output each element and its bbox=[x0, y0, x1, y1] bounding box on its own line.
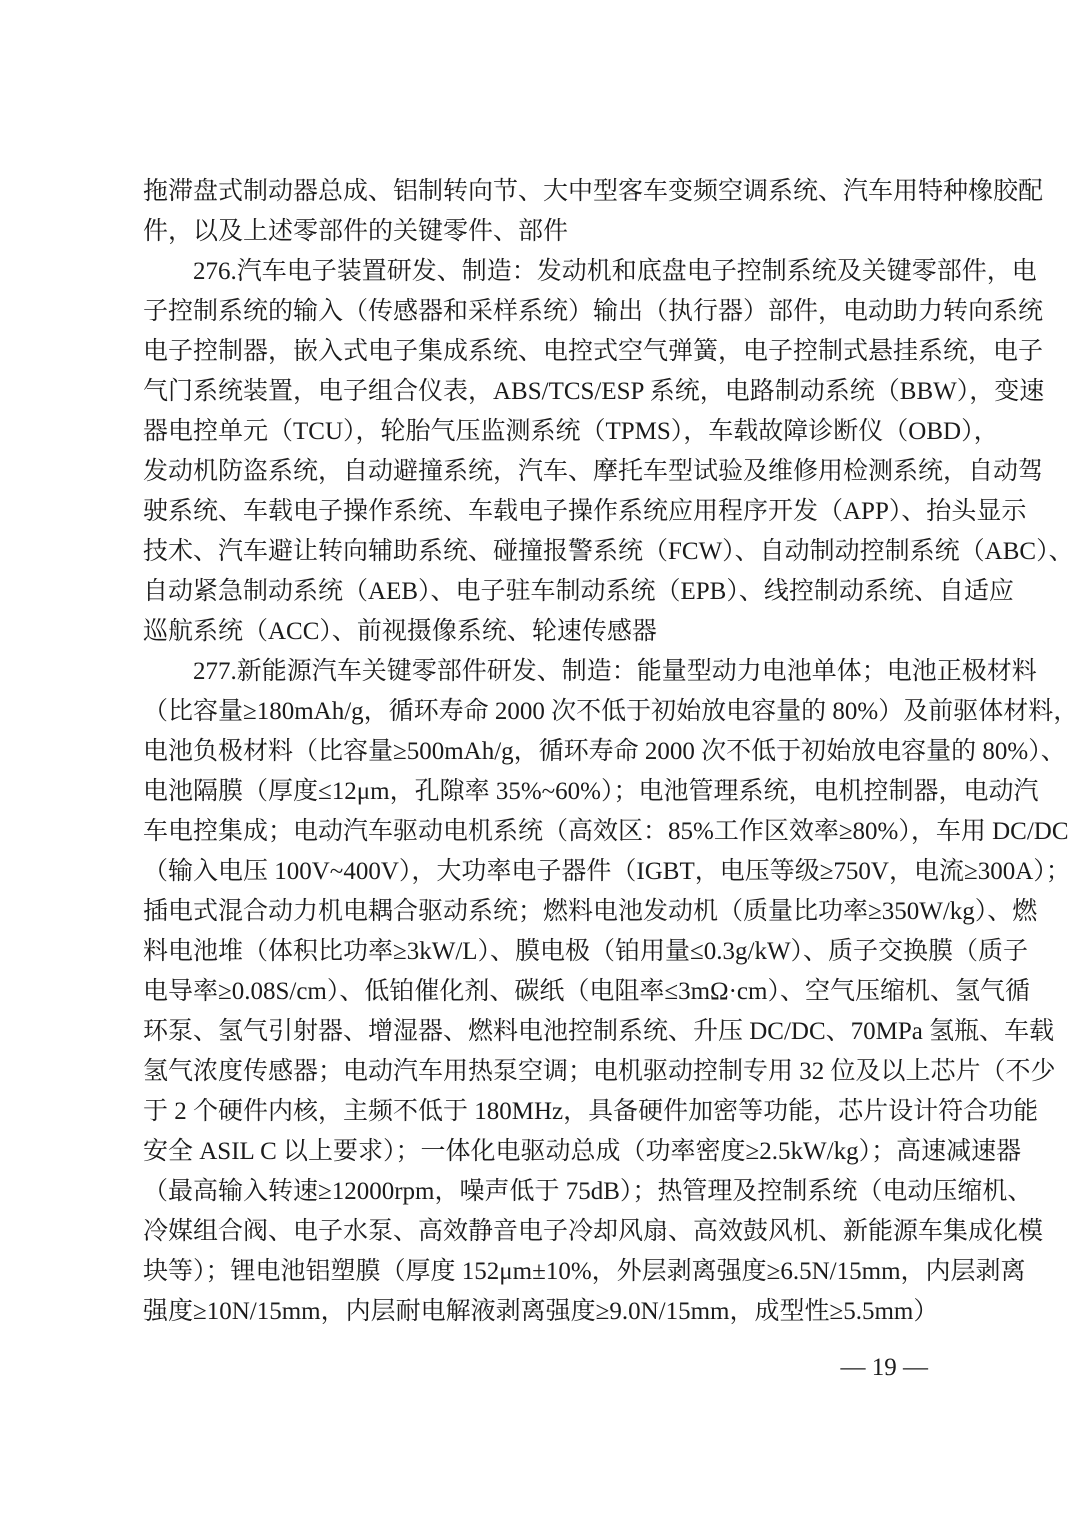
text-line: 氢气浓度传感器；电动汽车用热泵空调；电机驱动控制专用 32 位及以上芯片（不少 bbox=[143, 1052, 931, 1092]
text-line: 于 2 个硬件内核，主频不低于 180MHz，具备硬件加密等功能，芯片设计符合功… bbox=[143, 1092, 931, 1132]
text-line: 器电控单元（TCU），轮胎气压监测系统（TPMS），车载故障诊断仪（OBD）， bbox=[143, 412, 931, 452]
text-line: 气门系统装置，电子组合仪表，ABS/TCS/ESP 系统，电路制动系统（BBW）… bbox=[143, 372, 931, 412]
text-line: 件，以及上述零部件的关键零件、部件 bbox=[143, 212, 931, 252]
page-number: — 19 — bbox=[841, 1348, 929, 1388]
document-page: 拖滞盘式制动器总成、铝制转向节、大中型客车变频空调系统、汽车用特种橡胶配件，以及… bbox=[0, 0, 1074, 1520]
paragraph-item-275-continuation: 拖滞盘式制动器总成、铝制转向节、大中型客车变频空调系统、汽车用特种橡胶配件，以及… bbox=[143, 172, 931, 252]
text-line: 安全 ASIL C 以上要求）；一体化电驱动总成（功率密度≥2.5kW/kg）；… bbox=[143, 1132, 931, 1172]
text-line: 电导率≥0.08S/cm）、低铂催化剂、碳纸（电阻率≤3mΩ·cm）、空气压缩机… bbox=[143, 972, 931, 1012]
text-line: （输入电压 100V~400V），大功率电子器件（IGBT，电压等级≥750V，… bbox=[143, 852, 931, 892]
text-line: 车电控集成；电动汽车驱动电机系统（高效区：85%工作区效率≥80%），车用 DC… bbox=[143, 812, 931, 852]
document-body: 拖滞盘式制动器总成、铝制转向节、大中型客车变频空调系统、汽车用特种橡胶配件，以及… bbox=[143, 172, 931, 1332]
text-line: 发动机防盗系统，自动避撞系统，汽车、摩托车型试验及维修用检测系统，自动驾 bbox=[143, 452, 931, 492]
text-line: 环泵、氢气引射器、增湿器、燃料电池控制系统、升压 DC/DC、70MPa 氢瓶、… bbox=[143, 1012, 931, 1052]
text-line: 276.汽车电子装置研发、制造：发动机和底盘电子控制系统及关键零部件，电 bbox=[143, 252, 931, 292]
text-line: 电池隔膜（厚度≤12μm，孔隙率 35%~60%）；电池管理系统，电机控制器，电… bbox=[143, 772, 931, 812]
text-line: 巡航系统（ACC）、前视摄像系统、轮速传感器 bbox=[143, 612, 931, 652]
text-line: 驶系统、车载电子操作系统、车载电子操作系统应用程序开发（APP）、抬头显示 bbox=[143, 492, 931, 532]
paragraph-item-277: 277.新能源汽车关键零部件研发、制造：能量型动力电池单体；电池正极材料（比容量… bbox=[143, 652, 931, 1332]
text-line: 技术、汽车避让转向辅助系统、碰撞报警系统（FCW）、自动制动控制系统（ABC）、 bbox=[143, 532, 931, 572]
text-line: 277.新能源汽车关键零部件研发、制造：能量型动力电池单体；电池正极材料 bbox=[143, 652, 931, 692]
text-line: （最高输入转速≥12000rpm，噪声低于 75dB）；热管理及控制系统（电动压… bbox=[143, 1172, 931, 1212]
text-line: 强度≥10N/15mm，内层耐电解液剥离强度≥9.0N/15mm，成型性≥5.5… bbox=[143, 1292, 931, 1332]
text-line: 拖滞盘式制动器总成、铝制转向节、大中型客车变频空调系统、汽车用特种橡胶配 bbox=[143, 172, 931, 212]
text-line: （比容量≥180mAh/g，循环寿命 2000 次不低于初始放电容量的 80%）… bbox=[143, 692, 931, 732]
text-line: 自动紧急制动系统（AEB）、电子驻车制动系统（EPB）、线控制动系统、自适应 bbox=[143, 572, 931, 612]
text-line: 电子控制器，嵌入式电子集成系统、电控式空气弹簧，电子控制式悬挂系统，电子 bbox=[143, 332, 931, 372]
text-line: 料电池堆（体积比功率≥3kW/L）、膜电极（铂用量≤0.3g/kW）、质子交换膜… bbox=[143, 932, 931, 972]
paragraph-item-276: 276.汽车电子装置研发、制造：发动机和底盘电子控制系统及关键零部件，电子控制系… bbox=[143, 252, 931, 652]
text-line: 电池负极材料（比容量≥500mAh/g，循环寿命 2000 次不低于初始放电容量… bbox=[143, 732, 931, 772]
text-line: 插电式混合动力机电耦合驱动系统；燃料电池发动机（质量比功率≥350W/kg）、燃 bbox=[143, 892, 931, 932]
text-line: 子控制系统的输入（传感器和采样系统）输出（执行器）部件，电动助力转向系统 bbox=[143, 292, 931, 332]
text-line: 冷媒组合阀、电子水泵、高效静音电子冷却风扇、高效鼓风机、新能源车集成化模 bbox=[143, 1212, 931, 1252]
text-line: 块等）；锂电池铝塑膜（厚度 152μm±10%，外层剥离强度≥6.5N/15mm… bbox=[143, 1252, 931, 1292]
